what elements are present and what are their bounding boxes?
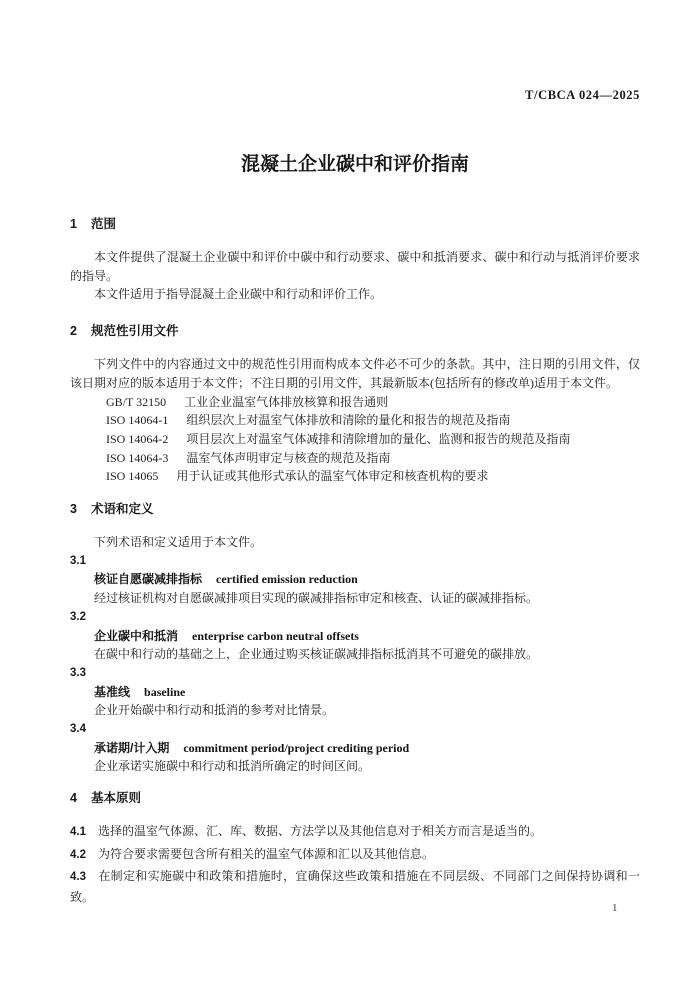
document-page: T/CBCA 024—2025 混凝土企业碳中和评价指南 1范围 本文件提供了混… <box>0 0 700 990</box>
paragraph: 下列术语和定义适用于本文件。 <box>70 533 640 552</box>
term-number: 3.3 <box>70 664 640 683</box>
reference-item: ISO 14064-3温室气体声明审定与核查的规范及指南 <box>70 449 640 468</box>
term-chinese: 核证自愿碳减排指标 <box>94 572 202 586</box>
reference-item: ISO 14065用于认证或其他形式承认的温室气体审定和核查机构的要求 <box>70 467 640 486</box>
section-number: 3 <box>70 502 77 516</box>
term-number: 3.1 <box>70 552 640 571</box>
reference-item: GB/T 32150工业企业温室气体排放核算和报告通则 <box>70 393 640 412</box>
section-number: 1 <box>70 217 77 231</box>
clause-text: 为符合要求需要包含所有相关的温室气体源和汇以及其他信息。 <box>98 847 434 861</box>
term-english: baseline <box>144 685 185 699</box>
term-entry: 3.1 核证自愿碳减排指标certified emission reductio… <box>70 552 640 608</box>
term-definition: 在碳中和行动的基础之上，企业通过购买核证碳减排指标抵消其不可避免的碳排放。 <box>70 645 640 664</box>
term-number: 3.4 <box>70 720 640 739</box>
section-number: 4 <box>70 791 77 805</box>
clause-number: 4.3 <box>70 871 86 883</box>
term-english: certified emission reduction <box>216 572 358 586</box>
section-title: 术语和定义 <box>91 502 154 516</box>
section-terms-definitions: 3术语和定义 下列术语和定义适用于本文件。 3.1 核证自愿碳减排指标certi… <box>70 499 640 776</box>
principle-item: 4.2为符合要求需要包含所有相关的温室气体源和汇以及其他信息。 <box>70 845 640 866</box>
term-line: 企业碳中和抵消enterprise carbon neutral offsets <box>70 627 640 646</box>
section-title: 基本原则 <box>91 791 141 805</box>
reference-item: ISO 14064-1组织层次上对温室气体排放和清除的量化和报告的规范及指南 <box>70 411 640 430</box>
section-heading: 2规范性引用文件 <box>70 321 640 339</box>
document-title: 混凝土企业碳中和评价指南 <box>70 149 640 176</box>
clause-number: 4.1 <box>70 826 86 838</box>
reference-code: ISO 14064-3 <box>106 451 168 465</box>
reference-code: ISO 14064-2 <box>106 432 168 446</box>
term-entry: 3.4 承诺期/计入期commitment period/project cre… <box>70 720 640 776</box>
reference-title: 温室气体声明审定与核查的规范及指南 <box>186 451 390 465</box>
reference-title: 工业企业温室气体排放核算和报告通则 <box>184 395 388 409</box>
clause-text: 选择的温室气体源、汇、库、数据、方法学以及其他信息对于相关方而言是适当的。 <box>98 824 542 838</box>
term-line: 基准线baseline <box>70 683 640 702</box>
section-title: 范围 <box>91 217 116 231</box>
section-heading: 1范围 <box>70 214 640 232</box>
reference-code: ISO 14065 <box>106 469 158 483</box>
reference-title: 项目层次上对温室气体减排和清除增加的量化、监测和报告的规范及指南 <box>186 432 570 446</box>
term-definition: 企业承诺实施碳中和行动和抵消所确定的时间区间。 <box>70 757 640 776</box>
paragraph: 本文件提供了混凝土企业碳中和评价中碳中和行动要求、碳中和抵消要求、碳中和行动与抵… <box>70 248 640 285</box>
reference-code: GB/T 32150 <box>106 395 166 409</box>
term-chinese: 企业碳中和抵消 <box>94 629 178 643</box>
reference-code: ISO 14064-1 <box>106 413 168 427</box>
section-basic-principles: 4基本原则 4.1选择的温室气体源、汇、库、数据、方法学以及其他信息对于相关方而… <box>70 788 640 907</box>
section-heading: 3术语和定义 <box>70 499 640 517</box>
term-entry: 3.2 企业碳中和抵消enterprise carbon neutral off… <box>70 608 640 664</box>
reference-title: 用于认证或其他形式承认的温室气体审定和核查机构的要求 <box>176 469 488 483</box>
clause-text: 在制定和实施碳中和政策和措施时，宜确保这些政策和措施在不同层级、不同部门之间保持… <box>70 869 640 904</box>
term-line: 核证自愿碳减排指标certified emission reduction <box>70 570 640 589</box>
principle-item: 4.3在制定和实施碳中和政策和措施时，宜确保这些政策和措施在不同层级、不同部门之… <box>70 867 640 907</box>
clause-number: 4.2 <box>70 849 86 861</box>
term-line: 承诺期/计入期commitment period/project crediti… <box>70 739 640 758</box>
term-english: enterprise carbon neutral offsets <box>192 629 359 643</box>
term-definition: 企业开始碳中和行动和抵消的参考对比情景。 <box>70 701 640 720</box>
section-heading: 4基本原则 <box>70 788 640 806</box>
reference-item: ISO 14064-2项目层次上对温室气体减排和清除增加的量化、监测和报告的规范… <box>70 430 640 449</box>
paragraph: 下列文件中的内容通过文中的规范性引用而构成本文件必不可少的条款。其中，注日期的引… <box>70 355 640 392</box>
term-chinese: 承诺期/计入期 <box>94 741 169 755</box>
section-number: 2 <box>70 324 77 338</box>
section-title: 规范性引用文件 <box>91 324 179 338</box>
reference-title: 组织层次上对温室气体排放和清除的量化和报告的规范及指南 <box>186 413 510 427</box>
term-chinese: 基准线 <box>94 685 130 699</box>
term-definition: 经过核证机构对自愿碳减排项目实现的碳减排指标审定和核查、认证的碳减排指标。 <box>70 589 640 608</box>
term-number: 3.2 <box>70 608 640 627</box>
term-entry: 3.3 基准线baseline 企业开始碳中和行动和抵消的参考对比情景。 <box>70 664 640 720</box>
term-english: commitment period/project crediting peri… <box>183 741 409 755</box>
page-number: 1 <box>612 902 618 914</box>
section-scope: 1范围 本文件提供了混凝土企业碳中和评价中碳中和行动要求、碳中和抵消要求、碳中和… <box>70 214 640 304</box>
doc-code: T/CBCA 024—2025 <box>70 88 640 103</box>
principle-item: 4.1选择的温室气体源、汇、库、数据、方法学以及其他信息对于相关方而言是适当的。 <box>70 822 640 843</box>
paragraph: 本文件适用于指导混凝土企业碳中和行动和评价工作。 <box>70 285 640 304</box>
section-normative-references: 2规范性引用文件 下列文件中的内容通过文中的规范性引用而构成本文件必不可少的条款… <box>70 321 640 486</box>
